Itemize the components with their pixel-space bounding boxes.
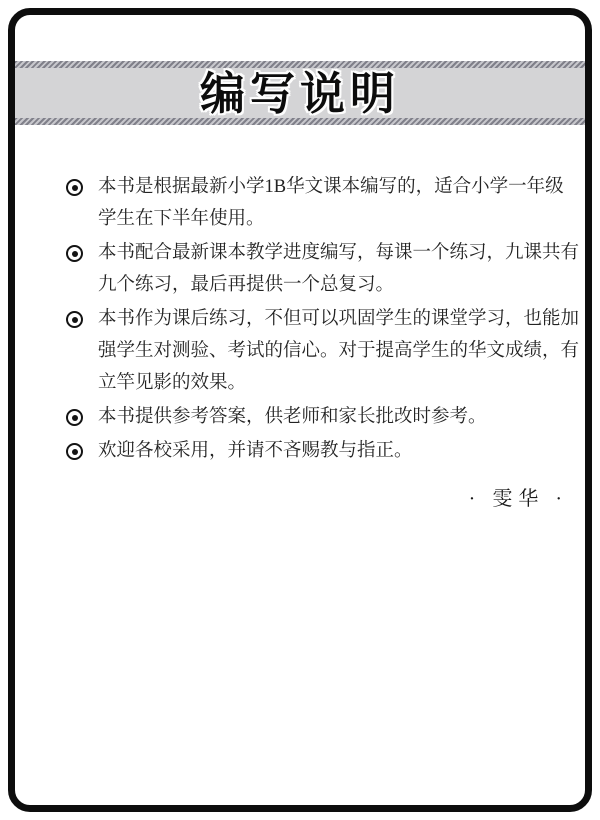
author-signature: · 雯华 · (66, 483, 574, 515)
text-line: 欢迎各校采用，并请不吝赐教与指正。 (98, 435, 574, 467)
circled-dot-bullet-icon (66, 443, 83, 460)
circled-dot-bullet-icon (66, 409, 83, 426)
bullet-center-dot (72, 251, 78, 257)
circled-dot-bullet-icon (66, 311, 83, 328)
text-line: 立竿见影的效果。 (98, 367, 574, 399)
list-item: 本书配合最新课本教学进度编写，每课一个练习，九课共有 九个练习，最后再提供一个总… (66, 237, 574, 301)
text-line: 本书作为课后练习，不但可以巩固学生的课堂学习，也能加 (98, 303, 574, 335)
book-page: 编写说明 本书是根据最新小学1B华文课本编写的，适合小学一年级 学生在下半年使用… (0, 0, 600, 820)
bullet-center-dot (72, 415, 78, 421)
bullet-center-dot (72, 449, 78, 455)
page-title: 编写说明 (200, 71, 400, 116)
text-line: 九个练习，最后再提供一个总复习。 (98, 269, 574, 301)
bullet-center-dot (72, 317, 78, 323)
text-line: 本书是根据最新小学1B华文课本编写的，适合小学一年级 (98, 171, 574, 203)
notes-list: 本书是根据最新小学1B华文课本编写的，适合小学一年级 学生在下半年使用。 本书配… (66, 171, 574, 515)
circled-dot-bullet-icon (66, 179, 83, 196)
list-item: 本书是根据最新小学1B华文课本编写的，适合小学一年级 学生在下半年使用。 (66, 171, 574, 235)
title-banner: 编写说明 (15, 61, 585, 125)
bullet-center-dot (72, 185, 78, 191)
list-item: 欢迎各校采用，并请不吝赐教与指正。 (66, 435, 574, 467)
list-item: 本书作为课后练习，不但可以巩固学生的课堂学习，也能加 强学生对测验、考试的信心。… (66, 303, 574, 399)
banner-hatch-bottom-edge (15, 118, 585, 125)
text-line: 强学生对测验、考试的信心。对于提高学生的华文成绩，有 (98, 335, 574, 367)
text-line: 本书提供参考答案，供老师和家长批改时参考。 (98, 401, 574, 433)
banner-hatch-top-edge (15, 61, 585, 68)
text-line: 学生在下半年使用。 (98, 203, 574, 235)
list-item: 本书提供参考答案，供老师和家长批改时参考。 (66, 401, 574, 433)
circled-dot-bullet-icon (66, 245, 83, 262)
text-line: 本书配合最新课本教学进度编写，每课一个练习，九课共有 (98, 237, 574, 269)
